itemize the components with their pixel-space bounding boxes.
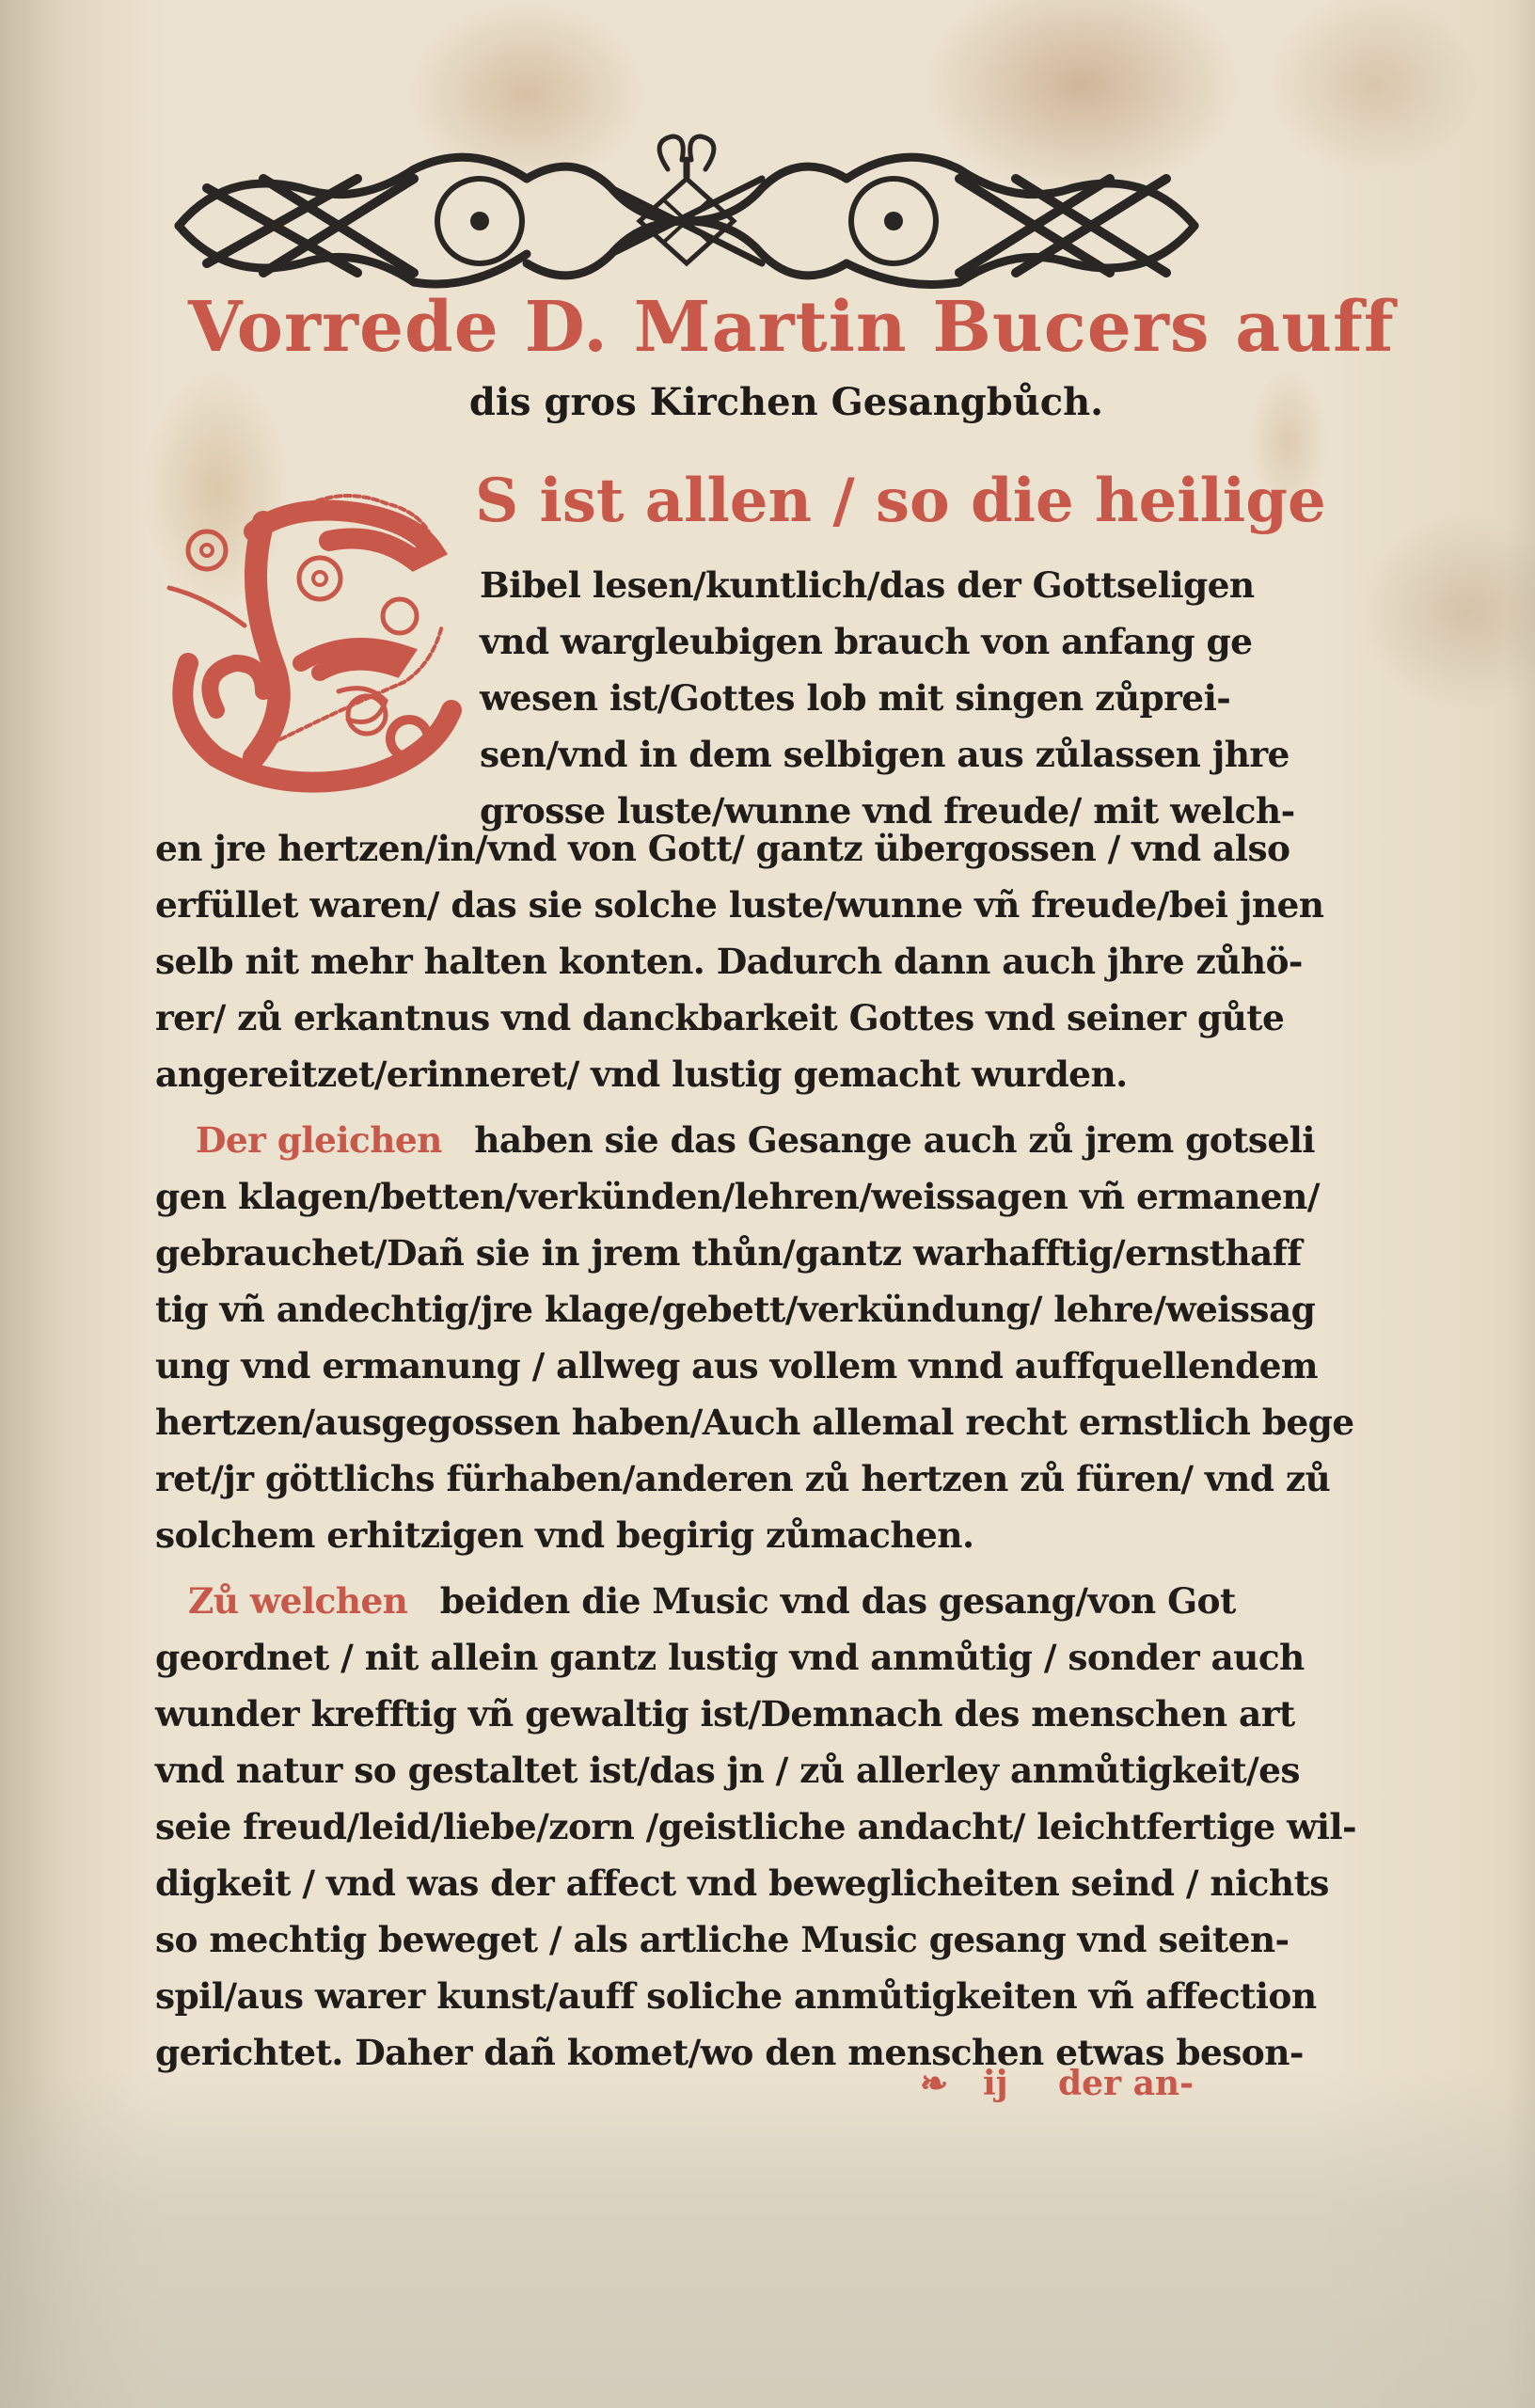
- text-line: wesen ist/Gottes lob mit singen zůprei-: [480, 670, 1230, 726]
- text-line: ung vnd ermanung / allweg aus vollem vnn…: [155, 1338, 1318, 1394]
- text-line: so mechtig beweget / als artliche Music …: [155, 1911, 1289, 1968]
- manuscript-page: Vorrede D. Martin Bucers auff dis gros K…: [0, 0, 1535, 2408]
- text-line: rer/ zů erkantnus vnd danckbarkeit Gotte…: [155, 990, 1284, 1046]
- page-bottom-wear: [0, 2069, 1535, 2408]
- text-line: hertzen/ausgegossen haben/Auch allemal r…: [155, 1394, 1354, 1450]
- text-line: solchem erhitzigen vnd begirig zůmachen.: [155, 1507, 973, 1563]
- catchword: der an-: [1058, 2060, 1194, 2107]
- text-line: geordnet / nit allein gantz lustig vnd a…: [155, 1629, 1305, 1686]
- text-line: erfüllet waren/ das sie solche luste/wun…: [155, 877, 1323, 933]
- text-line: angereitzet/erinneret/ vnd lustig gemach…: [155, 1046, 1128, 1102]
- text-line: vnd wargleubigen brauch von anfang ge: [480, 613, 1252, 670]
- text-line: ret/jr göttlichs fürhaben/anderen zů her…: [155, 1450, 1330, 1507]
- text-line: wunder krefftig vñ gewaltig ist/Demnach …: [155, 1686, 1295, 1742]
- page-subtitle: dis gros Kirchen Gesangbůch.: [0, 374, 1535, 431]
- rubric: Zů welchen: [188, 1580, 407, 1622]
- fleuron-icon: ❧: [920, 2060, 948, 2107]
- signature-mark: ij: [983, 2060, 1008, 2107]
- page-title: Vorrede D. Martin Bucers auff: [188, 282, 1185, 372]
- text-line: tig vñ andechtig/jre klage/gebett/verkün…: [155, 1281, 1315, 1338]
- text-line: vnd natur so gestaltet ist/das jn / zů a…: [155, 1742, 1300, 1798]
- text-line: spil/aus warer kunst/auff soliche anmůti…: [155, 1968, 1317, 2024]
- lead-text: S ist allen / so die heilige: [475, 459, 1209, 544]
- rubric: Der gleichen: [196, 1119, 442, 1161]
- text-line: gebrauchet/Dañ sie in jrem thůn/gantz wa…: [155, 1225, 1302, 1281]
- text-line: beiden die Music vnd das gesang/von Got: [440, 1580, 1236, 1622]
- text-line: seie freud/leid/liebe/zorn /geistliche a…: [155, 1798, 1356, 1855]
- text-line: Bibel lesen/kuntlich/das der Gottseligen: [480, 557, 1255, 613]
- text-line: sen/vnd in dem selbigen aus zůlassen jhr…: [480, 726, 1290, 783]
- text-line: digkeit / vnd was der affect vnd bewegli…: [155, 1855, 1329, 1911]
- text-line: gen klagen/betten/verkünden/lehren/weiss…: [155, 1168, 1320, 1225]
- text-line: selb nit mehr halten konten. Dadurch dan…: [155, 933, 1303, 990]
- decorated-initial-e-icon: [150, 475, 470, 800]
- interlace-knotwork-headpiece-icon: [169, 132, 1204, 292]
- text-line: haben sie das Gesange auch zů jrem gotse…: [474, 1119, 1315, 1161]
- binding-gutter: [0, 0, 141, 2408]
- text-line: en jre hertzen/in/vnd von Gott/ gantz üb…: [155, 820, 1290, 877]
